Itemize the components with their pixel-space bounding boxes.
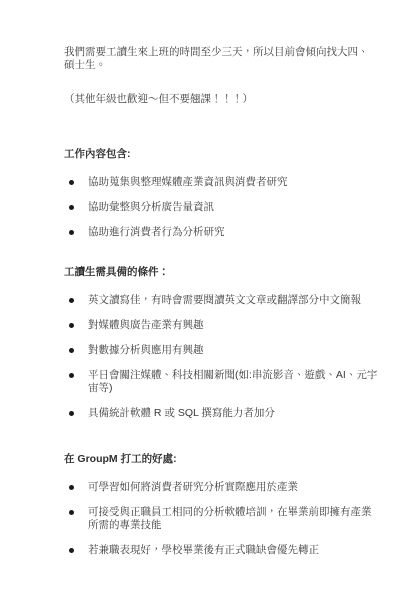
bullet-text: 若兼職表現好，學校畢業後有正式職缺會優先轉正 xyxy=(88,544,319,556)
section-benefits: 在 GroupM 打工的好處: 可學習如何將消費者研究分析實際應用於產業 可接受… xyxy=(64,453,378,557)
bullet-list-requirements: 英文讀寫佳，有時會需要閱讀英文文章或翻譯部分中文簡報 對媒體與廣告產業有興趣 對… xyxy=(64,294,378,420)
section-requirements: 工讀生需具備的條件： 英文讀寫佳，有時會需要閱讀英文文章或翻譯部分中文簡報 對媒… xyxy=(64,266,378,420)
bullet-item: 平日會關注媒體、科技相關新聞(如:串流影音、遊戲、AI、元宇宙等) xyxy=(64,369,378,395)
bullet-dot-icon xyxy=(69,180,74,185)
intro-line-2: （其他年級也歡迎～但不要翹課！！！） xyxy=(64,93,378,106)
document-page: 我們需要工讀生來上班的時間至少三天，所以目前會傾向找大四、碩士生。 （其他年級也… xyxy=(0,0,420,593)
bullet-item: 英文讀寫佳，有時會需要閱讀英文文章或翻譯部分中文簡報 xyxy=(64,294,378,307)
bullet-dot-icon xyxy=(69,373,74,378)
section-heading-requirements: 工讀生需具備的條件： xyxy=(64,266,378,279)
bullet-text: 協助進行消費者行為分析研究 xyxy=(88,226,225,238)
bullet-item: 對數據分析與應用有興趣 xyxy=(64,344,378,357)
bullet-dot-icon xyxy=(69,510,74,515)
bullet-item: 協助彙整與分析廣告量資訊 xyxy=(64,201,378,214)
section-heading-job-content: 工作內容包含: xyxy=(64,148,378,161)
bullet-text: 協助彙整與分析廣告量資訊 xyxy=(88,201,214,213)
bullet-text: 協助蒐集與整理媒體產業資訊與消費者研究 xyxy=(88,176,288,188)
bullet-text: 對數據分析與應用有興趣 xyxy=(88,344,204,356)
bullet-text: 英文讀寫佳，有時會需要閱讀英文文章或翻譯部分中文簡報 xyxy=(88,294,361,306)
bullet-dot-icon xyxy=(69,323,74,328)
bullet-item: 可學習如何將消費者研究分析實際應用於產業 xyxy=(64,481,378,494)
bullet-dot-icon xyxy=(69,230,74,235)
bullet-item: 可接受與正職員工相同的分析軟體培訓，在畢業前即擁有產業所需的專業技能 xyxy=(64,506,378,532)
intro-line-1: 我們需要工讀生來上班的時間至少三天，所以目前會傾向找大四、碩士生。 xyxy=(64,46,378,72)
bullet-text: 對媒體與廣告產業有興趣 xyxy=(88,319,204,331)
bullet-text: 具備統計軟體 R 或 SQL 撰寫能力者加分 xyxy=(88,407,275,419)
bullet-dot-icon xyxy=(69,205,74,210)
bullet-list-benefits: 可學習如何將消費者研究分析實際應用於產業 可接受與正職員工相同的分析軟體培訓，在… xyxy=(64,481,378,557)
bullet-list-job-content: 協助蒐集與整理媒體產業資訊與消費者研究 協助彙整與分析廣告量資訊 協助進行消費者… xyxy=(64,176,378,239)
section-job-content: 工作內容包含: 協助蒐集與整理媒體產業資訊與消費者研究 協助彙整與分析廣告量資訊… xyxy=(64,148,378,239)
bullet-item: 協助進行消費者行為分析研究 xyxy=(64,226,378,239)
bullet-text: 可接受與正職員工相同的分析軟體培訓，在畢業前即擁有產業所需的專業技能 xyxy=(88,506,372,531)
bullet-dot-icon xyxy=(69,485,74,490)
bullet-text: 平日會關注媒體、科技相關新聞(如:串流影音、遊戲、AI、元宇宙等) xyxy=(88,369,377,394)
bullet-dot-icon xyxy=(69,348,74,353)
bullet-dot-icon xyxy=(69,548,74,553)
bullet-item: 協助蒐集與整理媒體產業資訊與消費者研究 xyxy=(64,176,378,189)
section-heading-benefits: 在 GroupM 打工的好處: xyxy=(64,453,378,466)
bullet-dot-icon xyxy=(69,411,74,416)
bullet-item: 對媒體與廣告產業有興趣 xyxy=(64,319,378,332)
bullet-item: 具備統計軟體 R 或 SQL 撰寫能力者加分 xyxy=(64,407,378,420)
bullet-text: 可學習如何將消費者研究分析實際應用於產業 xyxy=(88,481,298,493)
bullet-item: 若兼職表現好，學校畢業後有正式職缺會優先轉正 xyxy=(64,544,378,557)
bullet-dot-icon xyxy=(69,298,74,303)
